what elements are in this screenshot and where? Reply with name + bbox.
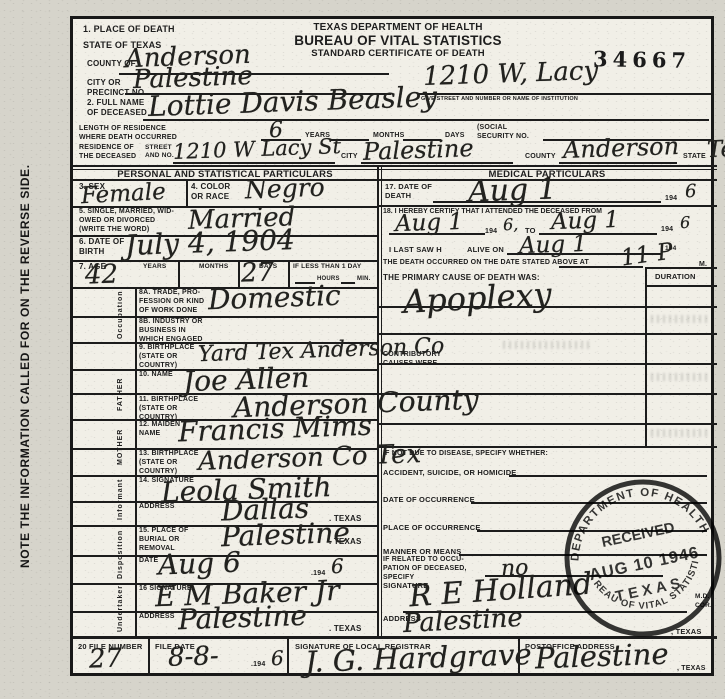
rule-line [73, 165, 717, 167]
full-name-value: Lottie Davis Beasley [148, 84, 438, 121]
bleedthrough-smudge [651, 429, 709, 437]
death-year-prefix: 194 [665, 195, 677, 204]
father-name-label: 10. NAME [139, 371, 173, 380]
file-number-value: 27 [89, 646, 123, 672]
rule-line [341, 282, 355, 284]
residence-street-value: 1210 W Lacy St [173, 137, 342, 163]
rule-line [377, 423, 717, 425]
physician-address-value: Palestine [402, 606, 523, 637]
residence-length-label: LENGTH OF RESIDENCE WHERE DEATH OCCURRED [79, 125, 177, 143]
rule-line [645, 285, 717, 287]
rule-line [73, 316, 377, 318]
attended-from-year-prefix: 194 [485, 228, 497, 237]
attended-from-value: Aug 1 [395, 212, 464, 236]
death-date-value: Aug 1 [468, 175, 558, 207]
undertaker-group-label: Undertaker [117, 585, 124, 633]
certificate-form: 1. PLACE OF DEATH STATE OF TEXAS TEXAS D… [70, 16, 714, 676]
place-of-occurrence-label: PLACE OF OCCURRENCE [383, 523, 481, 532]
postoffice-state-suffix: , TEXAS [677, 665, 706, 674]
death-year-value: 6 [685, 183, 697, 200]
cell-divider [287, 636, 289, 676]
burial-date-value: Aug 6 [158, 550, 242, 579]
residence-city-label: CITY [341, 153, 358, 162]
undertaker-address-label: ADDRESS [139, 613, 175, 622]
file-date-year-value: 6 [271, 649, 284, 668]
death-date-label: 17. DATE OF DEATH [385, 182, 432, 201]
street-value: 1210 W, Lacy [423, 59, 599, 90]
attended-to-year-prefix: 194 [661, 226, 673, 235]
min-label: MIN. [357, 276, 370, 284]
residence-label: RESIDENCE OF THE DECEASED [79, 144, 136, 162]
cell-divider [186, 179, 188, 206]
age-years-label: YEARS [143, 263, 166, 271]
last-saw-post-label: ALIVE ON [467, 245, 504, 254]
last-saw-value: Aug 1 [519, 234, 588, 258]
race-label: 4. COLOR OR RACE [191, 182, 230, 202]
reverse-side-note: NOTE THE INFORMATION CALLED FOR ON THE R… [18, 148, 32, 584]
residence-state-value: Texas [707, 138, 725, 162]
rule-line [377, 446, 717, 448]
rule-line [377, 363, 717, 365]
street-hint-label: GIVE STREET AND NUMBER OR NAME OF INSTIT… [421, 96, 578, 103]
full-name-label: 2. FULL NAME OF DECEASED [87, 98, 147, 118]
residence-county-label: COUNTY [525, 153, 556, 162]
less-than-day-label: IF LESS THAN 1 DAY [293, 263, 361, 271]
registrar-value: J. G. Hardgrave [305, 641, 532, 676]
received-stamp: DEPARTMENT OF HEALTH BUREAU OF VITAL STA… [542, 457, 725, 659]
rule-line [73, 169, 717, 171]
trade-label: 8A. TRADE, PRO- FESSION OR KIND OF WORK … [139, 289, 204, 315]
residence-state-label: STATE [683, 153, 706, 162]
place-of-death-label: 1. PLACE OF DEATH [83, 24, 175, 35]
duration-column-divider [645, 267, 647, 446]
mother-name-label: 12. MAIDEN NAME [139, 421, 180, 439]
date-of-occurrence-label: DATE OF OCCURRENCE [383, 495, 475, 504]
undertaker-state-suffix: . TEXAS [329, 624, 362, 634]
occupation-group-label: Occupation [117, 290, 124, 340]
industry-label: 8B. INDUSTRY OR BUSINESS IN WHICH ENGAGE… [139, 318, 203, 344]
mother-birthplace-value: Anderson Co Tex [198, 442, 422, 474]
bleedthrough-smudge [503, 341, 593, 349]
rule-line [417, 93, 711, 95]
disposition-group-label: Disposition [117, 527, 124, 581]
last-saw-pre-label: I LAST SAW H [389, 245, 442, 254]
undertaker-address-value: Palestine [178, 603, 308, 634]
residence-county-value: Anderson [563, 135, 680, 162]
residence-city-value: Palestine [363, 137, 474, 164]
death-certificate-scan: NOTE THE INFORMATION CALLED FOR ON THE R… [0, 0, 725, 699]
certificate-number-stamp: 34667 [593, 46, 691, 73]
burial-date-label: DATE [139, 557, 158, 566]
cause-value: Apoplexy [402, 279, 552, 317]
trade-value: Domestic [208, 283, 342, 314]
file-date-value: 8-8- [168, 644, 219, 670]
birth-date-value: July 4, 1904 [125, 227, 296, 260]
file-date-year-prefix: .194 [251, 661, 265, 670]
bleedthrough-smudge [651, 315, 709, 323]
attended-to-year-value: 6 [680, 215, 691, 231]
attended-from-year-value: 6, [503, 217, 519, 233]
street-and-no-label: STREET AND NO. [145, 144, 174, 160]
mother-birthplace-label: 13. BIRTHPLACE (STATE OR COUNTRY) [139, 450, 199, 476]
manner-or-means-label: MANNER OR MEANS [383, 547, 461, 556]
duration-label: DURATION [655, 272, 696, 281]
age-years-value: 42 [85, 262, 119, 288]
race-value: Negro [245, 176, 325, 203]
birth-date-label: 6. DATE OF BIRTH [79, 237, 124, 257]
rule-line [645, 267, 717, 269]
rule-line [73, 260, 377, 262]
informant-group-label: Informant [117, 477, 124, 521]
rule-line [73, 179, 717, 181]
sex-value: Female [80, 182, 166, 208]
cell-divider [178, 260, 180, 287]
ssn-label: (SOCIAL SECURITY NO. [477, 124, 529, 142]
cell-divider [148, 636, 150, 676]
stamp-received-text: RECEIVED [600, 520, 676, 551]
bleedthrough-smudge [651, 373, 709, 381]
mother-group-label: MOTHER [117, 421, 124, 473]
age-months-label: MONTHS [199, 263, 228, 271]
